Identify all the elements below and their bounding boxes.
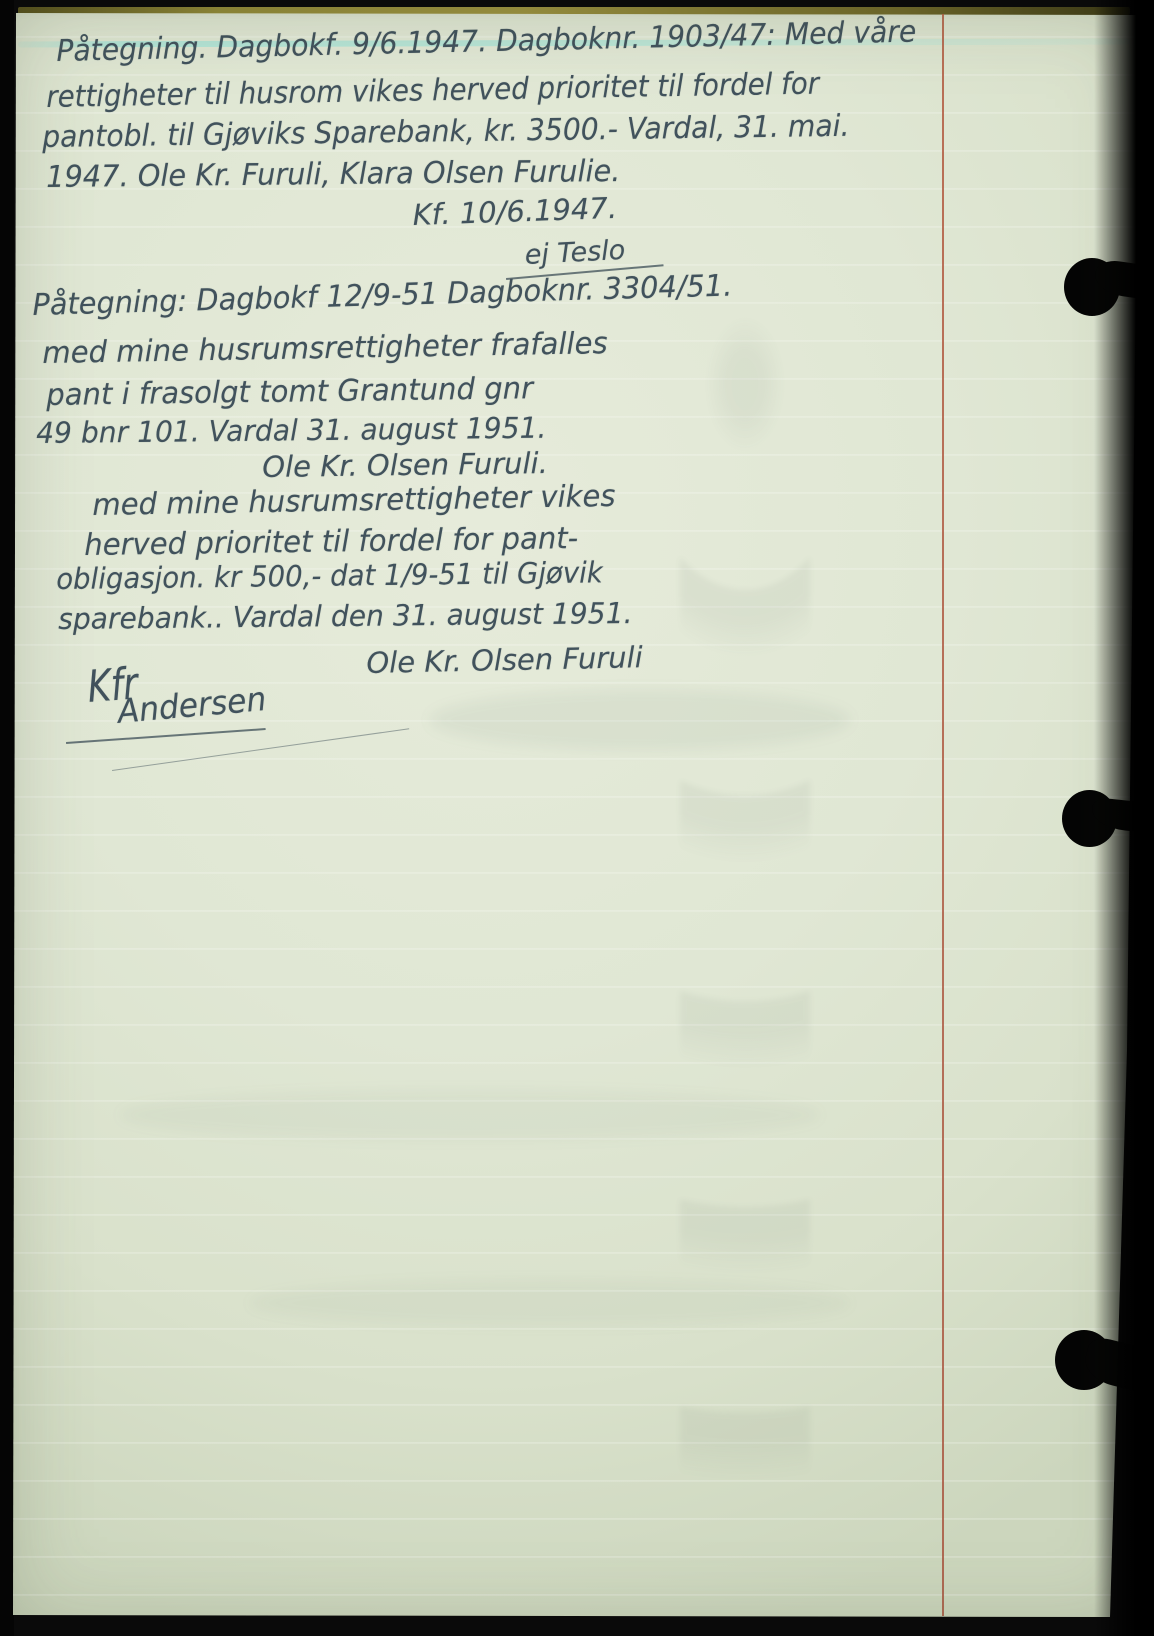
bleed-through-smudge	[430, 690, 850, 750]
handwriting-1951a-line4: 49 bnr 101. Vardal 31. august 1951.	[36, 411, 547, 450]
handwriting-1951a-signature: Ole Kr. Olsen Furuli.	[262, 446, 548, 484]
edge-shadow	[1094, 0, 1154, 1636]
red-margin-rule	[942, 14, 944, 1616]
handwriting-1951b-signature: Ole Kr. Olsen Furuli	[366, 640, 643, 680]
bleed-through-smudge	[250, 1280, 850, 1326]
handwriting-1951b-line3: obligasjon. kr 500,- dat 1/9-51 til Gjøv…	[56, 555, 603, 596]
handwriting-1947-confirmation: Kf. 10/6.1947.	[412, 191, 618, 232]
handwriting-1947-line4: 1947. Ole Kr. Furuli, Klara Olsen Furuli…	[46, 154, 621, 195]
handwriting-1951b-line4: sparebank.. Vardal den 31. august 1951.	[58, 596, 633, 636]
bleed-through-smudge	[120, 1090, 820, 1140]
handwriting-1951a-line3: pant i frasolgt tomt Grantund gnr	[46, 371, 533, 413]
scanned-register-page: { "page": { "description": "Scanned page…	[0, 0, 1154, 1636]
handwriting-1947-signature: ej Teslo	[524, 235, 626, 271]
